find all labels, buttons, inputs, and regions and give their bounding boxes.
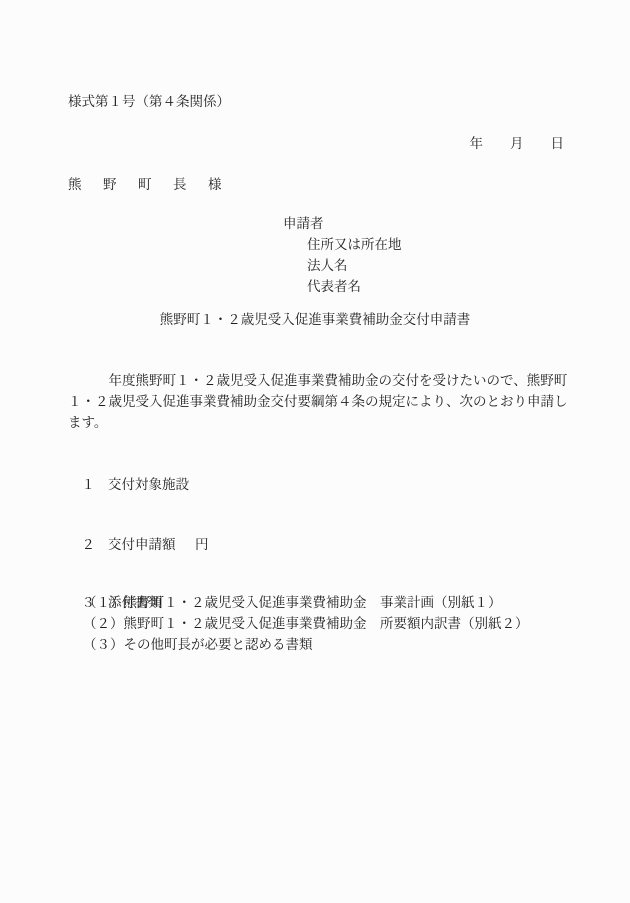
addressee-line: 熊 野 町 長 様 [68, 174, 226, 195]
applicant-address-label: 住所又は所在地 [307, 234, 402, 255]
item-label: 交付対象施設 [108, 477, 189, 492]
applicant-corporation-label: 法人名 [307, 255, 348, 276]
attachment-item-3: （３）その他町長が必要と認める書類 [83, 634, 313, 655]
document-title: 熊野町１・２歳児受入促進事業費補助金交付申請書 [0, 309, 630, 330]
item-number: ２ [82, 537, 96, 552]
date-line: 年 月 日 [470, 133, 565, 154]
body-paragraph: 年度熊野町１・２歳児受入促進事業費補助金の交付を受けたいので、熊野町 １・２歳児… [68, 370, 573, 433]
form-number: 様式第１号（第４条関係） [68, 91, 230, 112]
attachment-item-1: （１）熊野町１・２歳児受入促進事業費補助金 事業計画（別紙１） [83, 592, 502, 613]
item-application-amount: ２交付申請額 [68, 513, 176, 576]
application-form-page: 様式第１号（第４条関係） 年 月 日 熊 野 町 長 様 申請者 住所又は所在地… [0, 0, 630, 903]
applicant-label: 申請者 [283, 213, 324, 234]
applicant-representative-label: 代表者名 [307, 276, 361, 297]
item-target-facility: １交付対象施設 [68, 453, 189, 516]
item-number: １ [82, 477, 96, 492]
amount-unit-label: 円 [195, 534, 209, 555]
item-label: 交付申請額 [108, 537, 176, 552]
attachment-item-2: （２）熊野町１・２歳児受入促進事業費補助金 所要額内訳書（別紙２） [83, 613, 529, 634]
